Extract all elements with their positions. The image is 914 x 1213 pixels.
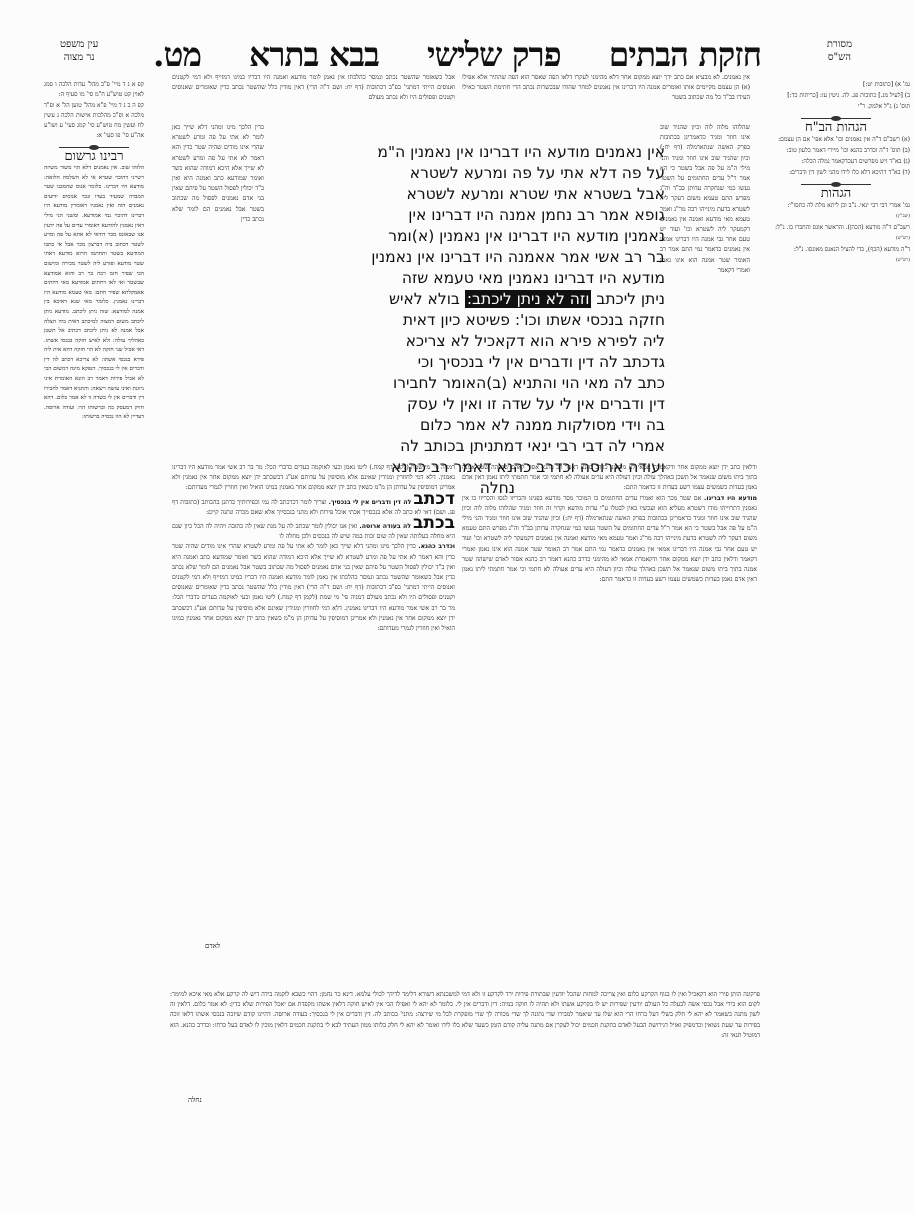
rabbeinu-gershom-title: רבינו גרשום — [44, 152, 144, 162]
rabbeinu-gershom-text: הלוהו שוב. אין נאמנים דלא הוי משור משיזה… — [44, 164, 144, 423]
hagahot-bach-entry: (א) רשב"ם ד"ה אין נאמנים וכו' אלא אפי' א… — [762, 135, 910, 145]
ein-mishpat-label: עין משפט נר מצוה — [60, 38, 98, 64]
rashbam-text: שהלוהו מלוה לוה וכיון שהגיד שוב אינו חוז… — [660, 123, 750, 276]
highlighted-phrase: וזה לא ניתן ליכתב: — [465, 290, 592, 308]
hagahot-note: (יעב"ץ) — [762, 212, 910, 222]
hagahot-entry: גמ' אמרי דבי רבי ינאי. נ"ב וכן ליתא מלת … — [762, 201, 910, 211]
hagahot-bach-entry: (ב) תוס' ד"ה וכדרב כהנא וכו' מיירי דאמר … — [762, 146, 910, 156]
dibur-hamatchil: בכתב — [413, 513, 455, 533]
tosafot-continuation: דמגיה פי' מי שמת (לקמן דף קמח.) ליטו נאמ… — [172, 463, 455, 923]
rashbam-top: אין נאמנים. לא מבעיא אם כתב ידך יוצא ממק… — [462, 73, 750, 123]
hagahot-bach-entry: (ד) בא"ד דהיכא דלא כלו לידו מהני לשון די… — [762, 168, 910, 178]
daf-number: מט. — [153, 35, 201, 75]
rashbam-column: שהלוהו מלוה לוה וכיון שהגיד שוב אינו חוז… — [660, 123, 750, 463]
masoret-entry: גמ' א) [כתובות יט:] — [762, 80, 910, 90]
dibur-hamatchil: דכתב — [413, 489, 455, 509]
rashbam-opening: אין נאמנים. לא מבעיא אם כתב ידך יוצא ממק… — [462, 73, 750, 104]
ornament-divider — [762, 118, 910, 119]
ein-mishpat-entry: קפ א ג ד מיי' פ"ב מהל' עדות הלכה ו סמג ל… — [44, 80, 144, 100]
tosafot-top: אבל כשאומר שהשטר נכתב ונמסר כהלכתו אין נ… — [172, 73, 455, 123]
masoret-hashas-column: גמ' א) [כתובות יט:] ב) [לעיל מג.] כתובות… — [762, 80, 910, 267]
rashbam-continuation: ודלאין כתב ידן יוצא ממקום אחר ודקאמרת אמ… — [462, 463, 757, 923]
ornament-divider — [762, 184, 910, 185]
hagahot-title: הגהות — [762, 189, 910, 199]
hagahot-entry: ד"ה מודעא (הכף), כדי להציל הנאנס מאונסו.… — [762, 245, 910, 255]
rashbam-end-word: נחלה — [188, 1096, 202, 1104]
hagahot-bach-title: הגהות הב"ח — [762, 123, 910, 133]
masoret-entry: תוס' ג) ג"ל אלמק. ר"י — [762, 102, 910, 112]
tosafot-opening: אבל כשאומר שהשטר נכתב ונמסר כהלכתו אין נ… — [172, 73, 455, 104]
masoret-hashas-label: מסורת הש"ס — [827, 38, 852, 64]
ein-mishpat-entry: קפ ה ב ג ד מיי' פ"א מהל' טוען הל' א ופ"ד… — [44, 101, 144, 141]
hagahot-entry: רשב"ם ד"ה מודעא (הכהן). והראשר אונס והחב… — [762, 223, 910, 233]
hagahot-note: (רש"ש) — [762, 256, 910, 266]
page-header: מסורת הש"ס חזקת הבתים פרק שלישי בבא בתרא… — [0, 30, 914, 80]
ornament-divider — [44, 147, 144, 148]
tractate-name: בבא בתרא — [249, 35, 379, 75]
tosafot-end-word: לאדם — [205, 942, 220, 950]
rashbam-bottom: פרקונה הותן פירי הוא דקאכיל ואין לו בגוף… — [170, 990, 760, 1090]
gemara-text: אין נאמנים מודעא היו דברינו אין נאמנין ה… — [340, 142, 665, 499]
tosafot-text: כדין הלכך מיגו ומהני דלא שייך כאן לומר ל… — [172, 123, 264, 225]
masoret-entry: ב) [לעיל מג.] כתובות פג. לה. גיטין עז: [… — [762, 91, 910, 101]
hagahot-note: (רש"ש) — [762, 234, 910, 244]
chapter-number: פרק שלישי — [427, 35, 561, 75]
hagahot-bach-entry: (ג) בא"ד ויש מפרשים דעכדקאמר נמלה הכלה: — [762, 157, 910, 167]
ein-mishpat-column: קפ א ג ד מיי' פ"ב מהל' עדות הלכה ו סמג ל… — [44, 80, 144, 424]
tosafot-column: כדין הלכך מיגו ומהני דלא שייך כאן לומר ל… — [172, 123, 264, 463]
chapter-name: חזקת הבתים — [609, 35, 761, 75]
